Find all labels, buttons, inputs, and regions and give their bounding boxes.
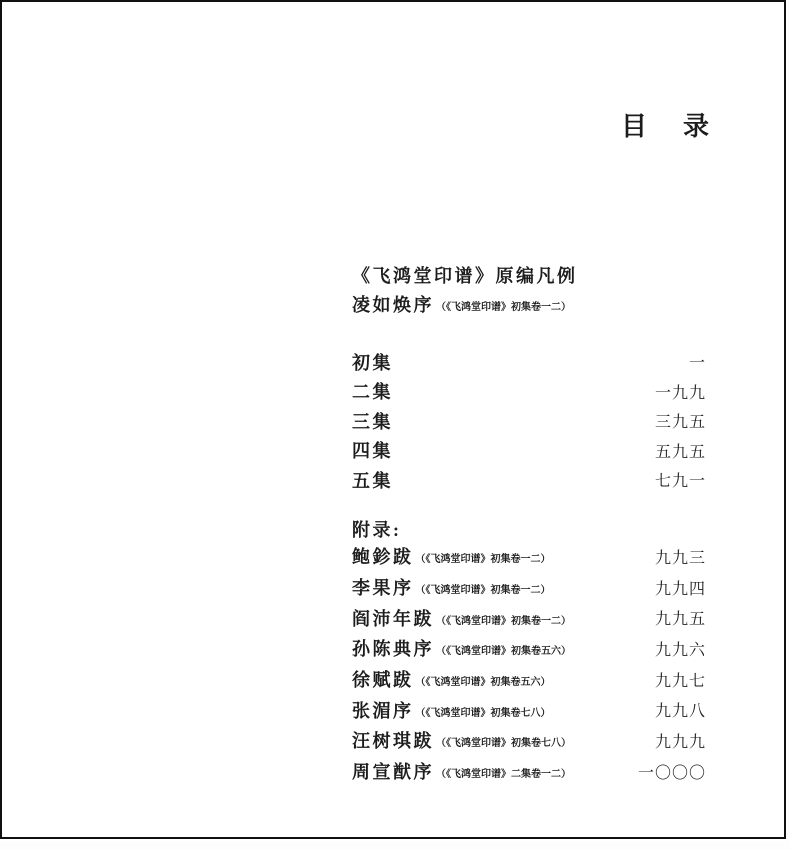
toc-entry: 周宣猷序 （《飞鸿堂印谱》二集卷一二） 一〇〇〇	[352, 756, 706, 787]
entry-source-note: （《飞鸿堂印谱》初集卷一二）	[436, 612, 571, 627]
entry-title-group: 孙陈典序 （《飞鸿堂印谱》初集卷五六）	[352, 635, 571, 661]
frontmatter-entry: 凌如焕序 （《飞鸿堂印谱》初集卷一二）	[352, 291, 571, 319]
toc-entry: 张湄序 （《飞鸿堂印谱》初集卷七八） 九九八	[352, 694, 706, 725]
appendix-heading: 附录:	[352, 515, 402, 543]
entry-page-number: 九九六	[655, 637, 706, 660]
entry-source-note: （《飞鸿堂印谱》初集卷七八）	[416, 704, 551, 719]
toc-entry: 阎沛年跋 （《飞鸿堂印谱》初集卷一二） 九九五	[352, 602, 706, 633]
entry-label: 周宣猷序	[352, 758, 434, 784]
entry-label: 孙陈典序	[352, 635, 434, 661]
toc-entry: 四集 五九五	[352, 436, 706, 466]
toc-entry: 五集 七九一	[352, 465, 706, 495]
entry-page-number: 九九五	[655, 606, 706, 629]
page-title: 目 录	[621, 112, 714, 142]
entry-label: 三集	[352, 408, 393, 434]
entry-label: 徐赋跋	[352, 666, 414, 692]
entry-label: 二集	[352, 378, 393, 404]
toc-entry: 二集 一九九	[352, 377, 706, 407]
entry-page-number: 九九七	[655, 668, 706, 691]
entry-source-note: （《飞鸿堂印谱》初集卷一二）	[416, 550, 551, 565]
toc-entry: 三集 三九五	[352, 406, 706, 436]
entry-page-number: 一	[689, 350, 706, 373]
entry-page-number: 九九九	[655, 729, 706, 752]
entry-label: 四集	[352, 437, 393, 463]
entry-title-group: 周宣猷序 （《飞鸿堂印谱》二集卷一二）	[352, 758, 571, 784]
entry-label: 《飞鸿堂印谱》原编凡例	[352, 262, 578, 288]
entry-page-number: 七九一	[655, 468, 706, 491]
entry-page-number: 五九五	[655, 439, 706, 462]
scanned-toc-page: { "page": { "title": "目 录" }, "frontmatt…	[0, 0, 790, 850]
page-bottom-margin	[0, 841, 790, 850]
entry-page-number: 九九三	[655, 545, 706, 568]
toc-entry: 孙陈典序 （《飞鸿堂印谱》初集卷五六） 九九六	[352, 633, 706, 664]
entry-page-number: 一九九	[655, 380, 706, 403]
entry-label: 凌如焕序	[352, 291, 434, 317]
entry-title-group: 鲍鉁跋 （《飞鸿堂印谱》初集卷一二）	[352, 543, 551, 569]
entry-source-note: （《飞鸿堂印谱》初集卷一二）	[436, 298, 571, 313]
volume-list: 初集 一 二集 一九九 三集 三九五 四集 五九五 五集 七九一	[352, 347, 706, 495]
frontmatter-entry: 《飞鸿堂印谱》原编凡例	[352, 261, 578, 289]
entry-title-group: 汪树琪跋 （《飞鸿堂印谱》初集卷七八）	[352, 727, 571, 753]
appendix-list: 鲍鉁跋 （《飞鸿堂印谱》初集卷一二） 九九三 李果序 （《飞鸿堂印谱》初集卷一二…	[352, 541, 706, 787]
toc-entry: 鲍鉁跋 （《飞鸿堂印谱》初集卷一二） 九九三	[352, 541, 706, 572]
entry-label: 鲍鉁跋	[352, 543, 414, 569]
entry-page-number: 一〇〇〇	[638, 760, 706, 783]
entry-source-note: （《飞鸿堂印谱》初集卷五六）	[416, 673, 551, 688]
entry-source-note: （《飞鸿堂印谱》初集卷七八）	[436, 734, 571, 749]
entry-label: 李果序	[352, 574, 414, 600]
toc-entry: 初集 一	[352, 347, 706, 377]
entry-page-number: 三九五	[655, 409, 706, 432]
toc-entry: 李果序 （《飞鸿堂印谱》初集卷一二） 九九四	[352, 572, 706, 603]
toc-entry: 汪树琪跋 （《飞鸿堂印谱》初集卷七八） 九九九	[352, 725, 706, 756]
entry-title-group: 李果序 （《飞鸿堂印谱》初集卷一二）	[352, 574, 551, 600]
entry-title-group: 阎沛年跋 （《飞鸿堂印谱》初集卷一二）	[352, 605, 571, 631]
entry-label: 五集	[352, 467, 393, 493]
entry-label: 汪树琪跋	[352, 727, 434, 753]
entry-label: 初集	[352, 349, 393, 375]
entry-label: 张湄序	[352, 697, 414, 723]
entry-page-number: 九九四	[655, 576, 706, 599]
entry-source-note: （《飞鸿堂印谱》二集卷一二）	[436, 765, 571, 780]
entry-label: 阎沛年跋	[352, 605, 434, 631]
entry-source-note: （《飞鸿堂印谱》初集卷五六）	[436, 642, 571, 657]
entry-title-group: 张湄序 （《飞鸿堂印谱》初集卷七八）	[352, 697, 551, 723]
entry-title-group: 徐赋跋 （《飞鸿堂印谱》初集卷五六）	[352, 666, 551, 692]
entry-page-number: 九九八	[655, 698, 706, 721]
entry-source-note: （《飞鸿堂印谱》初集卷一二）	[416, 581, 551, 596]
toc-entry: 徐赋跋 （《飞鸿堂印谱》初集卷五六） 九九七	[352, 664, 706, 695]
